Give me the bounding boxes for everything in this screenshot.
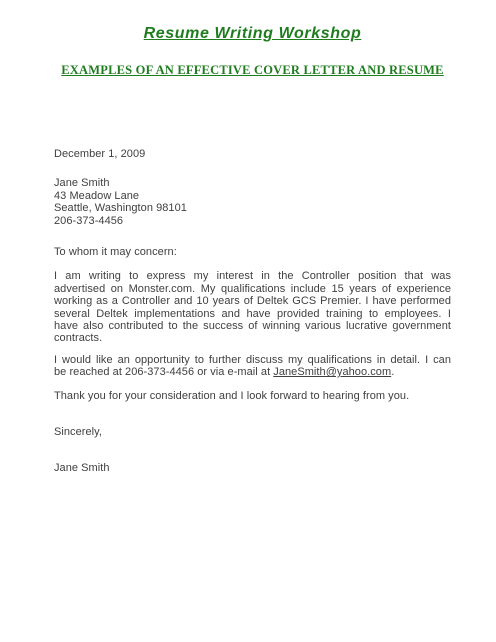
- paragraph-2-line: be reached at 206-373-4456 or via e-mail…: [54, 366, 451, 378]
- paragraph-2-text-end: .: [391, 366, 394, 378]
- paragraph-1: I am writing to express my interest in t…: [54, 270, 451, 344]
- paragraph-1-line: advertised on Monster.com. My qualificat…: [54, 283, 451, 295]
- salutation: To whom it may concern:: [54, 246, 451, 258]
- paragraph-1-line: contracts.: [54, 332, 451, 344]
- paragraph-2-line: I would like an opportunity to further d…: [54, 354, 451, 366]
- email-link[interactable]: JaneSmith@yahoo.com: [273, 366, 391, 378]
- sender-phone: 206-373-4456: [54, 215, 451, 227]
- paragraph-1-line: I am writing to express my interest in t…: [54, 270, 451, 282]
- workshop-subtitle: EXAMPLES OF AN EFFECTIVE COVER LETTER AN…: [54, 63, 451, 77]
- letter-date: December 1, 2009: [54, 148, 451, 160]
- document-page: Resume Writing Workshop EXAMPLES OF AN E…: [0, 0, 496, 642]
- workshop-title: Resume Writing Workshop: [54, 25, 451, 42]
- paragraph-1-line: several Deltek implementations and have …: [54, 308, 451, 320]
- sender-address-block: Jane Smith 43 Meadow Lane Seattle, Washi…: [54, 177, 451, 227]
- paragraph-2: I would like an opportunity to further d…: [54, 354, 451, 379]
- sender-street: 43 Meadow Lane: [54, 190, 451, 202]
- closing: Sincerely,: [54, 426, 451, 438]
- paragraph-1-line: working as a Controller and 10 years of …: [54, 295, 451, 307]
- paragraph-1-line: have also contributed to the success of …: [54, 320, 451, 332]
- paragraph-3: Thank you for your consideration and I l…: [54, 390, 451, 402]
- sender-city-state-zip: Seattle, Washington 98101: [54, 202, 451, 214]
- sender-name: Jane Smith: [54, 177, 451, 189]
- paragraph-2-text: be reached at 206-373-4456 or via e-mail…: [54, 366, 273, 378]
- signature-name: Jane Smith: [54, 462, 451, 474]
